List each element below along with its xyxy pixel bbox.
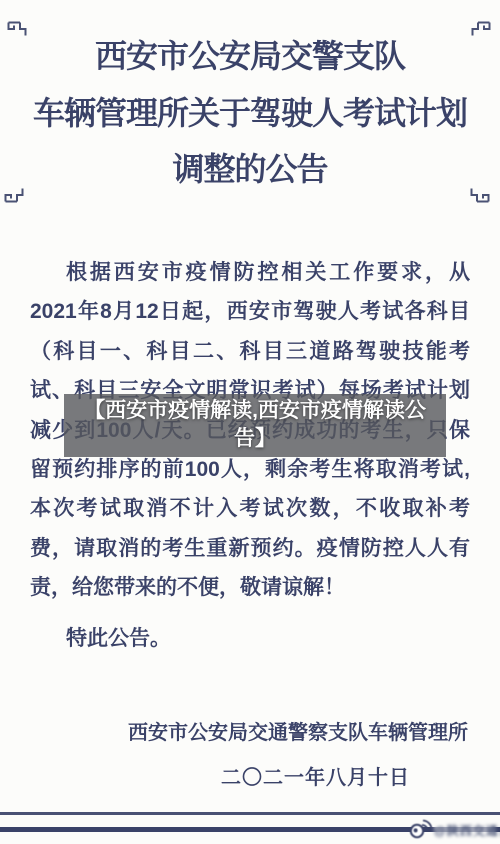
body-line: 根据西安市疫情防控相关工作要求，从 — [30, 253, 470, 292]
body-line: 2021年8月12日起，西安市驾驶人考试各科目 — [30, 292, 470, 331]
notice-title-line-3: 调整的公告 — [0, 141, 500, 198]
body-line: 本次考试取消不计入考试次数，不收取补考 — [30, 489, 470, 528]
notice-title-line-2: 车辆管理所关于驾驶人考试计划 — [0, 85, 500, 142]
issue-date: 二〇二一年八月十日 — [221, 761, 410, 790]
notice-title-line-1: 西安市公安局交警支队 — [0, 28, 500, 85]
body-closing-line: 特此公告。 — [30, 619, 470, 658]
footer-divider-thin — [0, 812, 500, 815]
watermark-text: @陕西交通台 — [434, 822, 496, 839]
notice-title: 西安市公安局交警支队 车辆管理所关于驾驶人考试计划 调整的公告 — [0, 28, 500, 198]
caption-overlay-line-2: 告】 — [64, 425, 446, 453]
body-line: （科目一、科目二、科目三道路驾驶技能考 — [30, 332, 470, 371]
caption-overlay: 【西安市疫情解读,西安市疫情解读公 告】 — [64, 394, 446, 457]
body-line: 责，给您带来的不便，敬请谅解！ — [30, 568, 470, 607]
body-line: 费，请取消的考生重新预约。疫情防控人人有 — [30, 529, 470, 568]
caption-overlay-line-1: 【西安市疫情解读,西安市疫情解读公 — [64, 397, 446, 425]
weibo-logo-icon — [407, 818, 433, 839]
announcement-page: 西安市公安局交警支队 车辆管理所关于驾驶人考试计划 调整的公告 根据西安市疫情防… — [0, 0, 500, 844]
issuer-signature: 西安市公安局交通警察支队车辆管理所 — [128, 716, 468, 745]
